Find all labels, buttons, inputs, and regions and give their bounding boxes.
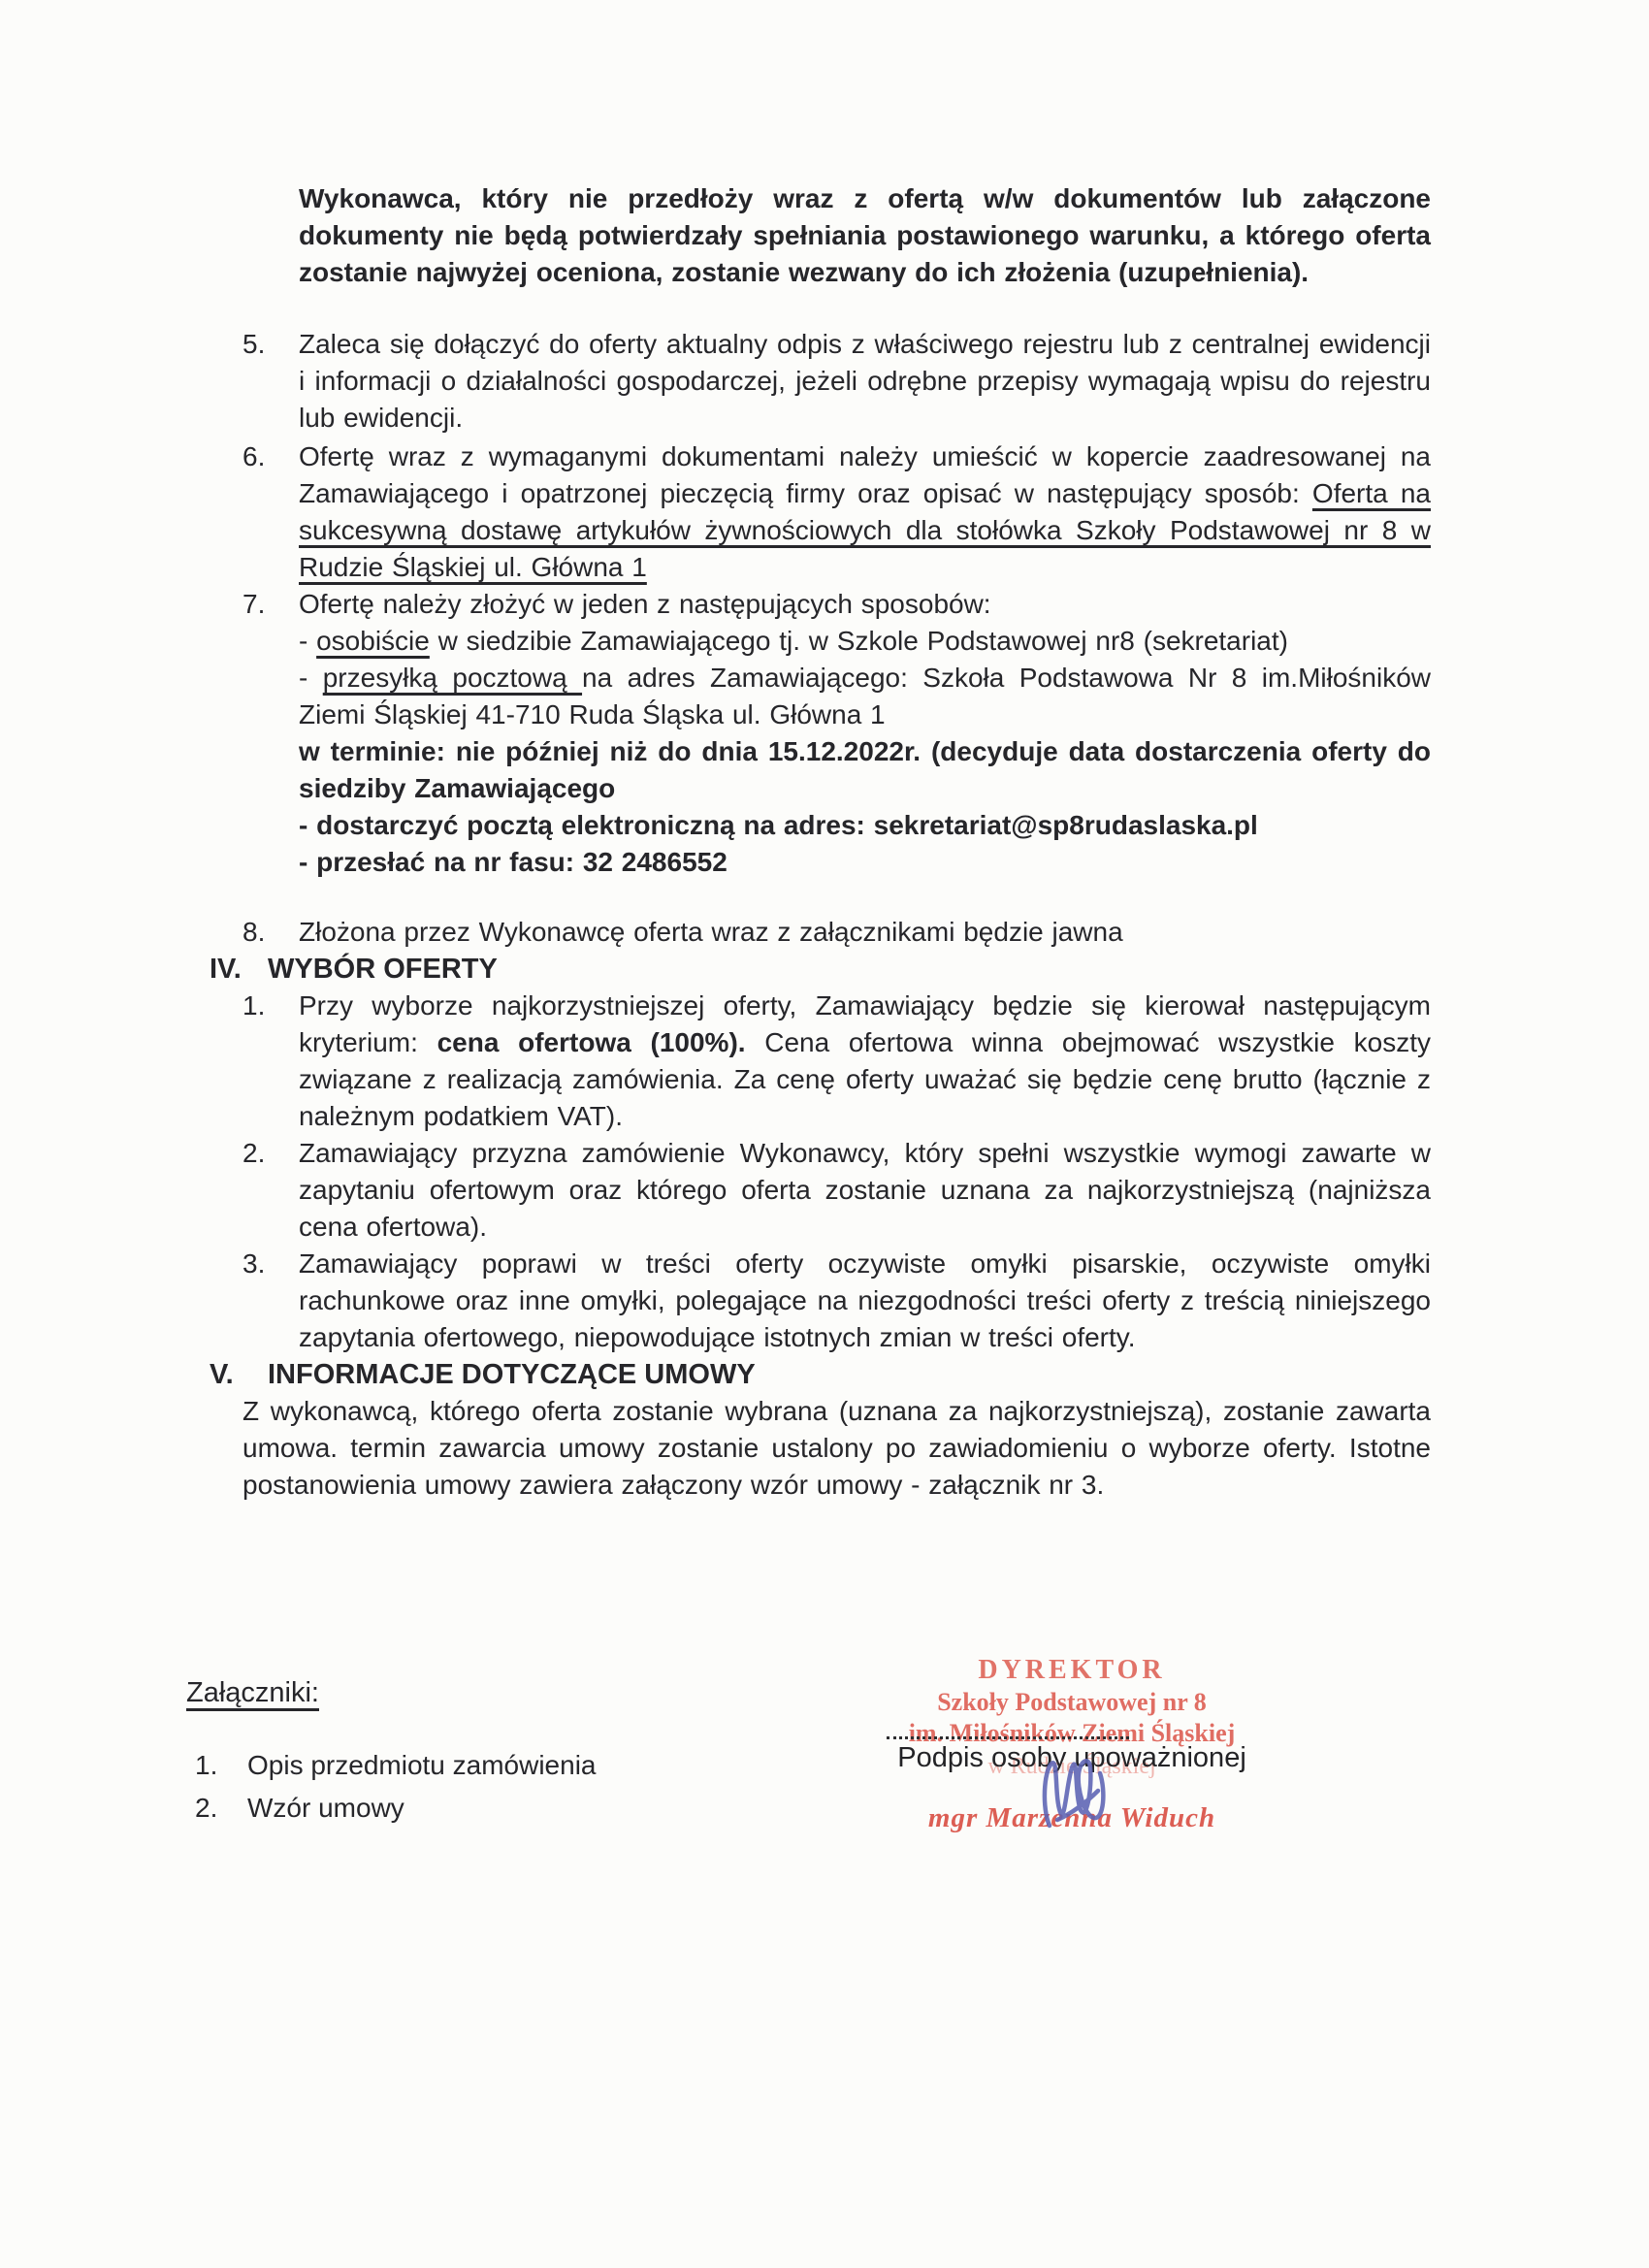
offer-delivery-email: - dostarczyć pocztą elektroniczną na adr… xyxy=(299,807,1431,844)
numbered-item-5: 5. Zaleca się dołączyć do oferty aktualn… xyxy=(299,326,1431,437)
item-7-text: Ofertę należy złożyć w jeden z następują… xyxy=(299,586,1431,623)
text-segment: Wykonawca, który nie przedłoży wraz z of… xyxy=(299,183,1431,287)
offer-delivery-personal: - osobiście w siedzibie Zamawiającego tj… xyxy=(299,623,1431,660)
item-6-text: Ofertę wraz z wymaganymi dokumentami nal… xyxy=(299,438,1431,586)
dotted-signature-line xyxy=(887,1736,1129,1739)
section-iv-item-3-number: 3. xyxy=(242,1246,265,1282)
attachment-2-number: 2. xyxy=(195,1789,217,1828)
section-iv-item-2-text: Zamawiający przyzna zamówienie Wykonawcy… xyxy=(299,1135,1431,1246)
numbered-item-8: 8. Złożona przez Wykonawcę oferta wraz z… xyxy=(299,914,1431,951)
stamp-school: Szkoły Podstawowej nr 8 xyxy=(824,1688,1319,1717)
section-heading-iv: IV.WYBÓR OFERTY xyxy=(210,951,1431,988)
offer-delivery-fax: - przesłać na nr fasu: 32 2486552 xyxy=(299,844,1431,881)
text-segment: przesyłką pocztową xyxy=(323,663,582,693)
stamp-role: DYREKTOR xyxy=(824,1655,1319,1686)
attachment-1-number: 1. xyxy=(195,1746,217,1785)
text-segment: Zamawiający przyzna zamówienie Wykonawcy… xyxy=(299,1138,1431,1242)
numbered-item-7: 7. Ofertę należy złożyć w jeden z następ… xyxy=(299,586,1431,623)
section-v-numeral: V. xyxy=(210,1356,268,1393)
section-heading-v: V.INFORMACJE DOTYCZĄCE UMOWY xyxy=(210,1356,1431,1393)
text-segment: - xyxy=(299,626,316,656)
text-segment: w siedzibie Zamawiającego tj. w Szkole P… xyxy=(430,626,1288,656)
text-segment: - dostarczyć pocztą elektroniczną na adr… xyxy=(299,810,1258,840)
text-segment: Ofertę należy złożyć w jeden z następują… xyxy=(299,589,991,619)
item-5-number: 5. xyxy=(242,326,265,363)
section-iv-title: WYBÓR OFERTY xyxy=(268,954,498,985)
item-8-number: 8. xyxy=(242,914,265,951)
section-iv-item-1: 1. Przy wyborze najkorzystniejszej ofert… xyxy=(299,988,1431,1135)
attachment-2-label: Wzór umowy xyxy=(247,1793,404,1823)
text-segment: osobiście xyxy=(316,626,430,656)
section-v-title: INFORMACJE DOTYCZĄCE UMOWY xyxy=(268,1359,756,1390)
attachment-1-label: Opis przedmiotu zamówienia xyxy=(247,1750,597,1780)
director-stamp: DYREKTOR Szkoły Podstawowej nr 8 im. Mił… xyxy=(824,1655,1319,1859)
signature-scribble xyxy=(1030,1752,1123,1833)
section-v-paragraph: Z wykonawcą, którego oferta zostanie wyb… xyxy=(242,1393,1431,1504)
scanned-document-page: Wykonawca, który nie przedłoży wraz z of… xyxy=(0,0,1649,2268)
text-segment: Zamawiający poprawi w treści oferty oczy… xyxy=(299,1248,1431,1352)
text-segment: Złożona przez Wykonawcę oferta wraz z za… xyxy=(299,917,1123,947)
text-segment: Ofertę wraz z wymaganymi dokumentami nal… xyxy=(299,441,1431,508)
text-segment: Zaleca się dołączyć do oferty aktualny o… xyxy=(299,329,1431,433)
text-segment: Z wykonawcą, którego oferta zostanie wyb… xyxy=(242,1396,1431,1500)
item-5-text: Zaleca się dołączyć do oferty aktualny o… xyxy=(299,326,1431,437)
section-iv-item-3: 3. Zamawiający poprawi w treści oferty o… xyxy=(299,1246,1431,1356)
text-segment: - przesłać na nr fasu: 32 2486552 xyxy=(299,847,727,877)
section-iv-item-3-text: Zamawiający poprawi w treści oferty oczy… xyxy=(299,1246,1431,1356)
text-segment: w terminie: nie później niż do dnia 15.1… xyxy=(299,736,1431,803)
section-iv-item-2-number: 2. xyxy=(242,1135,265,1172)
section-iv-item-2: 2. Zamawiający przyzna zamówienie Wykona… xyxy=(299,1135,1431,1246)
item-7-number: 7. xyxy=(242,586,265,623)
numbered-item-6: 6. Ofertę wraz z wymaganymi dokumentami … xyxy=(299,438,1431,586)
text-segment: cena ofertowa (100%). xyxy=(437,1027,746,1057)
document-body: Wykonawca, który nie przedłoży wraz z of… xyxy=(0,180,1649,1831)
intro-paragraph: Wykonawca, który nie przedłoży wraz z of… xyxy=(299,180,1431,291)
section-iv-item-1-number: 1. xyxy=(242,988,265,1024)
item-6-number: 6. xyxy=(242,438,265,475)
offer-deadline: w terminie: nie później niż do dnia 15.1… xyxy=(299,733,1431,807)
offer-delivery-post: - przesyłką pocztową na adres Zamawiając… xyxy=(299,660,1431,733)
section-iv-numeral: IV. xyxy=(210,951,268,988)
section-iv-item-1-text: Przy wyborze najkorzystniejszej oferty, … xyxy=(299,988,1431,1135)
text-segment: - xyxy=(299,663,323,693)
item-8-text: Złożona przez Wykonawcę oferta wraz z za… xyxy=(299,914,1431,951)
